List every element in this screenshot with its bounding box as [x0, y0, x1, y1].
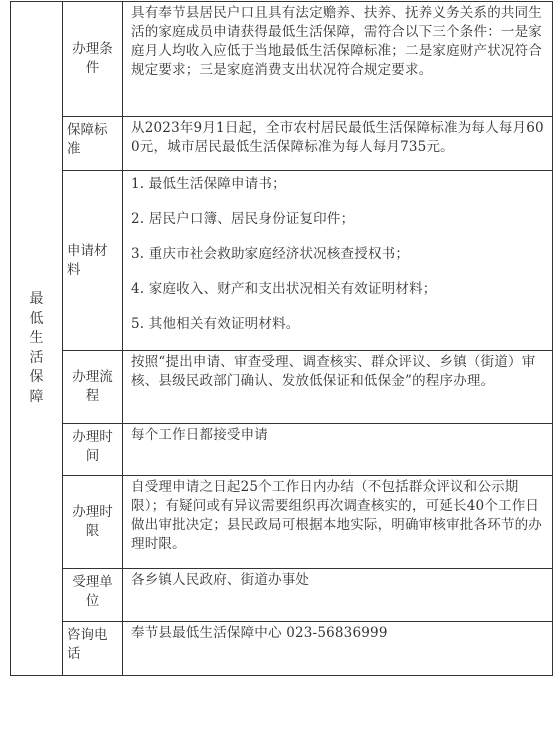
- table-row-conditions: 最低生活保障 办理条件 具有奉节县居民户口且具有法定赡养、扶养、抚养义务关系的共…: [11, 2, 553, 117]
- row-label-standard: 保障标准: [63, 117, 123, 171]
- row-label-contact: 咨询电话: [63, 622, 123, 676]
- list-item: 2. 居民户口簿、居民身份证复印件；: [131, 210, 544, 245]
- materials-list: 1. 最低生活保障申请书； 2. 居民户口簿、居民身份证复印件； 3. 重庆市社…: [131, 175, 544, 350]
- row-content-standard: 从2023年9月1日起，全市农村居民最低生活保障标准为每人每月600元，城市居民…: [123, 117, 553, 171]
- row-content-contact: 奉节县最低生活保障中心 023-56836999: [123, 622, 553, 676]
- list-item: 3. 重庆市社会救助家庭经济状况核查授权书；: [131, 245, 544, 280]
- list-item: 4. 家庭收入、财产和支出状况相关有效证明材料；: [131, 280, 544, 315]
- row-label-conditions: 办理条件: [63, 2, 123, 117]
- list-item: 1. 最低生活保障申请书；: [131, 175, 544, 210]
- table-row-time-limit: 办理时限 自受理申请之日起25个工作日内办结（不包括群众评议和公示期限）；有疑问…: [11, 476, 553, 569]
- row-content-materials: 1. 最低生活保障申请书； 2. 居民户口簿、居民身份证复印件； 3. 重庆市社…: [123, 171, 553, 351]
- row-label-materials: 申请材料: [63, 171, 123, 351]
- row-content-hours: 每个工作日都接受申请: [123, 424, 553, 476]
- row-content-process: 按照“提出申请、审查受理、调查核实、群众评议、乡镇（街道）审核、县级民政部门确认…: [123, 351, 553, 424]
- table-row-contact: 咨询电话 奉节县最低生活保障中心 023-56836999: [11, 622, 553, 676]
- row-label-process: 办理流程: [63, 351, 123, 424]
- row-content-unit: 各乡镇人民政府、街道办事处: [123, 569, 553, 622]
- table-row-unit: 受理单位 各乡镇人民政府、街道办事处: [11, 569, 553, 622]
- table-row-materials: 申请材料 1. 最低生活保障申请书； 2. 居民户口簿、居民身份证复印件； 3.…: [11, 171, 553, 351]
- service-info-table: 最低生活保障 办理条件 具有奉节县居民户口且具有法定赡养、扶养、抚养义务关系的共…: [10, 1, 553, 676]
- row-content-conditions: 具有奉节县居民户口且具有法定赡养、扶养、抚养义务关系的共同生活的家庭成员申请获得…: [123, 2, 553, 117]
- table-row-hours: 办理时间 每个工作日都接受申请: [11, 424, 553, 476]
- category-label: 最低生活保障: [29, 270, 45, 407]
- list-item: 5. 其他相关有效证明材料。: [131, 315, 544, 350]
- row-label-hours: 办理时间: [63, 424, 123, 476]
- table-row-process: 办理流程 按照“提出申请、审查受理、调查核实、群众评议、乡镇（街道）审核、县级民…: [11, 351, 553, 424]
- row-label-unit: 受理单位: [63, 569, 123, 622]
- category-cell: 最低生活保障: [11, 2, 63, 676]
- row-content-time-limit: 自受理申请之日起25个工作日内办结（不包括群众评议和公示期限）；有疑问或有异议需…: [123, 476, 553, 569]
- row-label-time-limit: 办理时限: [63, 476, 123, 569]
- table-row-standard: 保障标准 从2023年9月1日起，全市农村居民最低生活保障标准为每人每月600元…: [11, 117, 553, 171]
